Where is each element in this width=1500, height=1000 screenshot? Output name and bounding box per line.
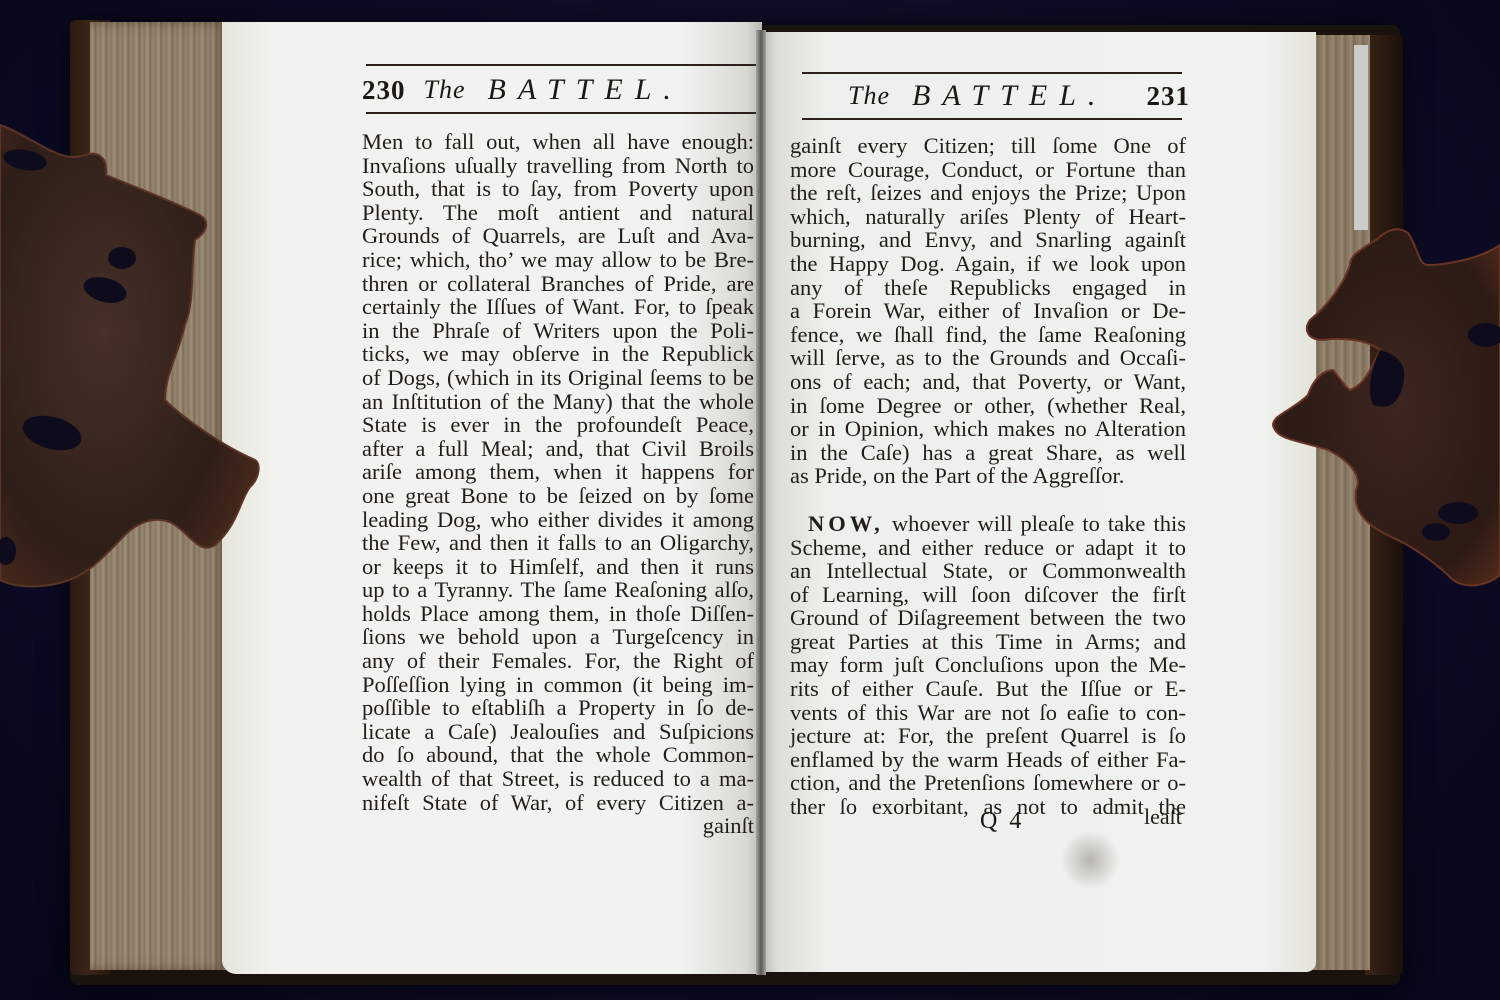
text-line: in ſome Degree or other, (whether Real,: [790, 394, 1186, 418]
text-line: the Few, and then it falls to an Oligarc…: [362, 531, 754, 555]
right-page-text: gainſt every Citizen; till ſome One ofmo…: [790, 134, 1186, 819]
text-line: ſions we behold upon a Turgeſcency in: [362, 625, 754, 649]
text-line: or keeps it to Himſelf, and then it runs: [362, 555, 754, 579]
text-line: the Happy Dog. Again, if we look upon: [790, 252, 1186, 276]
text-line: may form juſt Concluſions upon the Me-: [790, 653, 1186, 677]
left-metal-clasp: [0, 115, 265, 595]
text-line: do ſo abound, that the whole Common-: [362, 743, 754, 767]
text-line: as Pride, on the Part of the Aggreſſor.: [790, 464, 1186, 488]
text-line: the reſt, ſeizes and enjoys the Prize; U…: [790, 181, 1186, 205]
text-line: after a full Meal; and, that Civil Broil…: [362, 437, 754, 461]
text-line: any of their Females. For, the Right of: [362, 649, 754, 673]
text-line: of Learning, will ſoon diſcover the firſ…: [790, 583, 1186, 607]
text-line: leading Dog, who either divides it among: [362, 508, 754, 532]
head-rule-bottom-right: [802, 118, 1182, 120]
text-line: poſſible to eſtabliſh a Property in ſo d…: [362, 696, 754, 720]
text-line: Ground of Diſagreement between the two: [790, 606, 1186, 630]
text-line: gainſt every Citizen; till ſome One of: [790, 134, 1186, 158]
text-line: which, naturally ariſes Plenty of Heart-: [790, 205, 1186, 229]
text-line: State is ever in the profoundeſt Peace,: [362, 413, 754, 437]
text-line-rest: whoever will pleaſe to take this: [884, 511, 1186, 536]
page-number-right: 231: [1147, 81, 1191, 112]
text-line: more Courage, Conduct, or Fortune than: [790, 158, 1186, 182]
left-page-text: Men to fall out, when all have enough:In…: [362, 130, 754, 838]
running-head-left: 230 The BATTEL.: [362, 68, 754, 112]
running-head-title-left: BATTEL.: [488, 73, 683, 107]
text-line: rice; which, tho’ we may allow to be Bre…: [362, 248, 754, 272]
catchword-right: leaſt: [1144, 804, 1182, 830]
text-line: in the Phraſe of Writers upon the Poli-: [362, 319, 754, 343]
text-line: one great Bone to be ſeized on by ſome: [362, 484, 754, 508]
running-head-right: The BATTEL. 231: [800, 74, 1190, 118]
head-rule-bottom-left: [366, 112, 756, 114]
book-gutter: [756, 30, 766, 975]
paragraph-lead-word: NOW,: [808, 511, 884, 536]
text-line: fence, we ſhall find, the ſame Reaſoning: [790, 323, 1186, 347]
text-line: South, that is to ſay, from Poverty upon: [362, 177, 754, 201]
text-line: Grounds of Quarrels, are Luſt and Ava-: [362, 224, 754, 248]
paragraph-gap: [790, 488, 1186, 512]
text-line: Scheme, and either reduce or adapt it to: [790, 536, 1186, 560]
text-line: an Intellectual State, or Commonwealth: [790, 559, 1186, 583]
text-line: Men to fall out, when all have enough:: [362, 130, 754, 154]
text-line: Plenty. The moſt antient and natural: [362, 201, 754, 225]
right-metal-clasp: [1268, 225, 1500, 595]
text-line: ons of each; and, that Poverty, or Want,: [790, 370, 1186, 394]
text-line: will ſerve, as to the Grounds and Occaſi…: [790, 346, 1186, 370]
text-line: burning, and Envy, and Snarling againſt: [790, 228, 1186, 252]
text-line: certainly the Iſſues of Want. For, to ſp…: [362, 295, 754, 319]
text-line: nifeſt State of War, of every Citizen a-: [362, 791, 754, 815]
text-line: in the Caſe) has a great Share, as well: [790, 441, 1186, 465]
text-line: ariſe among them, when it happens for: [362, 460, 754, 484]
text-line: ticks, we may obſerve in the Republick: [362, 342, 754, 366]
text-line: great Parties at this Time in Arms; and: [790, 630, 1186, 654]
text-line: up to a Tyranny. The ſame Reaſoning alſo…: [362, 578, 754, 602]
text-line: vents of this War are not ſo eaſie to co…: [790, 701, 1186, 725]
running-head-the-right: The: [848, 81, 890, 111]
text-line: a Forein War, either of Invaſion or De-: [790, 299, 1186, 323]
running-head-title-right: BATTEL.: [912, 79, 1107, 113]
text-line: Invaſions uſually travelling from North …: [362, 154, 754, 178]
running-head-the-left: The: [424, 75, 466, 105]
text-line: jecture at: For, the preſent Quarrel is …: [790, 724, 1186, 748]
text-line: enflamed by the warm Heads of either Fa-: [790, 748, 1186, 772]
text-line: licate a Caſe) Jealouſies and Suſpicions: [362, 720, 754, 744]
text-line: or in Opinion, which makes no Alteration: [790, 417, 1186, 441]
text-line: Poſſeſſion lying in common (it being im-: [362, 673, 754, 697]
text-line: an Inſtitution of the Many) that the who…: [362, 390, 754, 414]
head-rule-top-left: [366, 64, 756, 66]
signature-mark: Q 4: [980, 808, 1024, 835]
text-line: NOW, whoever will pleaſe to take this: [790, 512, 1186, 536]
text-line: ction, and the Pretenſions ſomewhere or …: [790, 771, 1186, 795]
text-line: of Dogs, (which in its Original ſeems to…: [362, 366, 754, 390]
text-line: wealth of that Street, is reduced to a m…: [362, 767, 754, 791]
text-line: gainſt: [362, 814, 754, 838]
page-block-right-highlight: [1354, 45, 1368, 230]
page-number-left: 230: [362, 75, 406, 106]
text-line: rits of either Cauſe. But the Iſſue or E…: [790, 677, 1186, 701]
text-line: any of theſe Republicks engaged in: [790, 276, 1186, 300]
text-line: holds Place among them, in thoſe Diſſen-: [362, 602, 754, 626]
text-line: thren or collateral Branches of Pride, a…: [362, 272, 754, 296]
